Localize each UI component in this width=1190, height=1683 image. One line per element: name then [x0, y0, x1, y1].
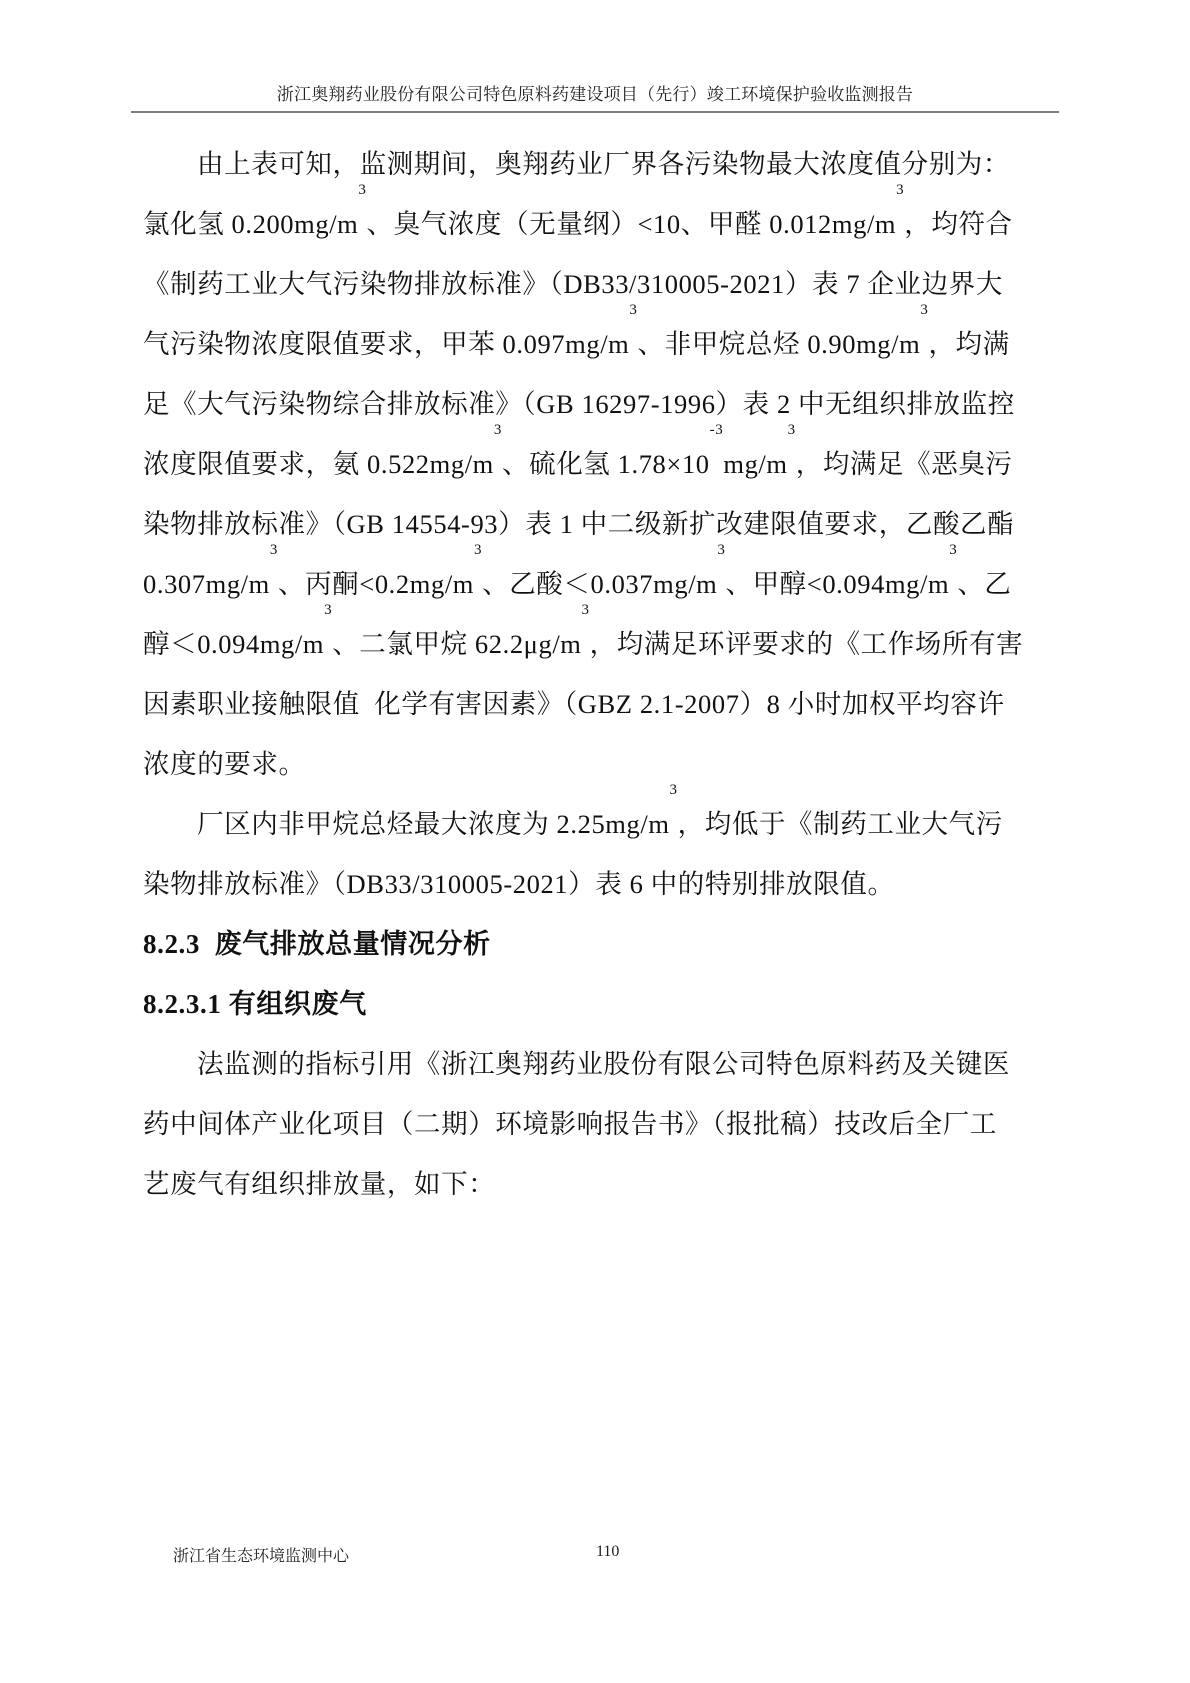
- text-line: 醇＜0.094mg/m3、二氯甲烷 62.2μg/m3，均满足环评要求的《工作场…: [143, 614, 1043, 674]
- text-line: 0.307mg/m3、丙酮<0.2mg/m3、乙酸＜0.037mg/m3、甲醇<…: [143, 554, 1043, 614]
- page-header-title: 浙江奥翔药业股份有限公司特色原料药建设项目（先行）竣工环境保护验收监测报告: [131, 80, 1059, 105]
- text-line: 浓度限值要求，氨 0.522mg/m3、硫化氢 1.78×10-3mg/m3，均…: [143, 434, 1043, 494]
- header-divider: [131, 111, 1059, 113]
- page-number: 110: [596, 1543, 619, 1561]
- subsection-heading: 8.2.3.1 有组织废气: [143, 974, 1043, 1034]
- document-body: 由上表可知，监测期间，奥翔药业厂界各污染物最大浓度值分别为： 氯化氢 0.200…: [143, 134, 1043, 1214]
- paragraph-boundary-results: 由上表可知，监测期间，奥翔药业厂界各污染物最大浓度值分别为： 氯化氢 0.200…: [143, 134, 1043, 794]
- text-line: 氯化氢 0.200mg/m3、臭气浓度（无量纲）<10、甲醛 0.012mg/m…: [143, 194, 1043, 254]
- text-line: 染物排放标准》（DB33/310005-2021）表 6 中的特别排放限值。: [143, 854, 1043, 914]
- text-line: 厂区内非甲烷总烃最大浓度为 2.25mg/m3，均低于《制药工业大气污: [143, 794, 1043, 854]
- text-line: 染物排放标准》（GB 14554-93）表 1 中二级新扩改建限值要求，乙酸乙酯: [143, 494, 1043, 554]
- text-line: 法监测的指标引用《浙江奥翔药业股份有限公司特色原料药及关键医: [143, 1034, 1043, 1094]
- text-line: 艺废气有组织排放量，如下：: [143, 1154, 1043, 1214]
- text-line: 因素职业接触限值 化学有害因素》（GBZ 2.1-2007）8 小时加权平均容许: [143, 674, 1043, 734]
- text-line: 药中间体产业化项目（二期）环境影响报告书》（报批稿）技改后全厂工: [143, 1094, 1043, 1154]
- text-line: 浓度的要求。: [143, 734, 1043, 794]
- paragraph-plant-area-results: 厂区内非甲烷总烃最大浓度为 2.25mg/m3，均低于《制药工业大气污 染物排放…: [143, 794, 1043, 914]
- text-line: 由上表可知，监测期间，奥翔药业厂界各污染物最大浓度值分别为：: [143, 134, 1043, 194]
- text-line: 《制药工业大气污染物排放标准》（DB33/310005-2021）表 7 企业边…: [143, 254, 1043, 314]
- text-line: 足《大气污染物综合排放标准》（GB 16297-1996）表 2 中无组织排放监…: [143, 374, 1043, 434]
- text-line: 气污染物浓度限值要求，甲苯 0.097mg/m3、非甲烷总烃 0.90mg/m3…: [143, 314, 1043, 374]
- section-heading: 8.2.3 废气排放总量情况分析: [143, 914, 1043, 974]
- footer-organization: 浙江省生态环境监测中心: [173, 1543, 349, 1566]
- paragraph-organized-emissions: 法监测的指标引用《浙江奥翔药业股份有限公司特色原料药及关键医 药中间体产业化项目…: [143, 1034, 1043, 1214]
